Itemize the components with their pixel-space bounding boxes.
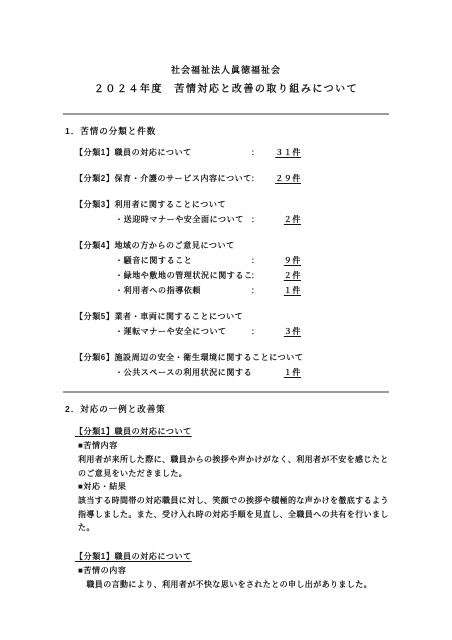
category-row-label: ・公共スペースの利用状況に関するもの： bbox=[75, 365, 251, 380]
category-sub-row: ・緑地や敷地の管理状況に関すること：２件 bbox=[75, 268, 389, 283]
org-name: 社会福祉法人眞徳福祉会 bbox=[63, 64, 389, 76]
category-row-label: ・緑地や敷地の管理状況に関すること bbox=[75, 268, 251, 283]
category-count: ２９件 bbox=[265, 171, 301, 186]
category-row-colon: ： bbox=[251, 324, 265, 339]
category-count: ２件 bbox=[265, 268, 301, 283]
category-count: １件 bbox=[265, 365, 301, 380]
category-row-label: ・騒音に関すること bbox=[75, 253, 251, 268]
document-page: 社会福祉法人眞徳福祉会 ２０２４年度 苦情対応と改善の取り組みについて 1．苦情… bbox=[0, 0, 452, 640]
category-row-colon: ： bbox=[251, 268, 265, 283]
response-block-heading: 【分類1】職員の対応について bbox=[75, 424, 389, 439]
category-row: 【分類2】保育・介護のサービス内容について：２９件 bbox=[75, 171, 389, 186]
category-group: 【分類4】地域の方からのご意見について・騒音に関すること：９件・緑地や敷地の管理… bbox=[75, 238, 389, 298]
category-sub-row: ・騒音に関すること：９件 bbox=[75, 253, 389, 268]
section1-heading: 1．苦情の分類と件数 bbox=[65, 124, 389, 138]
category-row-colon: ： bbox=[251, 212, 265, 227]
category-sub-row: ・運転マナーや安全について：３件 bbox=[75, 324, 389, 339]
section2-heading: 2．対応の一例と改善策 bbox=[65, 402, 389, 416]
response-block-list: 【分類1】職員の対応について■苦情内容利用者が来所した際に、職員からの挨拶や声か… bbox=[63, 424, 389, 591]
entry-label: ■対応・結果 bbox=[75, 480, 389, 494]
category-row-colon: ： bbox=[251, 171, 265, 186]
response-block-heading: 【分類1】職員の対応について bbox=[75, 549, 389, 564]
category-count: ９件 bbox=[265, 253, 301, 268]
category-sub-row: ・公共スペースの利用状況に関するもの：１件 bbox=[75, 365, 389, 380]
category-group: 【分類3】利用者に関することについて・送迎時マナーや安全面について：２件 bbox=[75, 197, 389, 227]
entry-label: ■苦情内容 bbox=[75, 439, 389, 453]
category-label: 【分類6】施設周辺の安全・衛生環境に関することについて bbox=[75, 350, 389, 365]
response-block: 【分類1】職員の対応について■苦情内容利用者が来所した際に、職員からの挨拶や声か… bbox=[75, 424, 389, 535]
category-row: 【分類1】職員の対応について：３１件 bbox=[75, 145, 389, 160]
divider-middle bbox=[63, 391, 389, 393]
doc-title: ２０２４年度 苦情対応と改善の取り組みについて bbox=[63, 81, 389, 99]
category-sub-row: ・送迎時マナーや安全面について：２件 bbox=[75, 212, 389, 227]
category-group: 【分類5】業者・車両に関することについて・運転マナーや安全について：３件 bbox=[75, 309, 389, 339]
category-row-colon: ： bbox=[251, 283, 265, 298]
section-classification: 1．苦情の分類と件数 【分類1】職員の対応について：３１件【分類2】保育・介護の… bbox=[63, 124, 389, 380]
category-row-label: 【分類1】職員の対応について bbox=[75, 145, 251, 160]
entry-body: 該当する時間帯の対応職員に対し、笑顔での挨拶や積極的な声かけを徹底するよう指導し… bbox=[75, 494, 389, 535]
category-label: 【分類5】業者・車両に関することについて bbox=[75, 309, 389, 324]
document-header: 社会福祉法人眞徳福祉会 ２０２４年度 苦情対応と改善の取り組みについて bbox=[63, 64, 389, 99]
category-label: 【分類4】地域の方からのご意見について bbox=[75, 238, 389, 253]
category-count: ２件 bbox=[265, 212, 301, 227]
category-row-colon: ： bbox=[251, 253, 265, 268]
category-row-colon: ： bbox=[251, 145, 265, 160]
divider-top bbox=[63, 113, 389, 115]
category-list: 【分類1】職員の対応について：３１件【分類2】保育・介護のサービス内容について：… bbox=[63, 145, 389, 380]
category-sub-row: ・利用者への指導依頼：１件 bbox=[75, 283, 389, 298]
category-count: ３件 bbox=[265, 324, 301, 339]
entry-label: ■苦情の内容 bbox=[75, 564, 389, 578]
category-group: 【分類1】職員の対応について：３１件 bbox=[75, 145, 389, 160]
category-row-label: ・送迎時マナーや安全面について bbox=[75, 212, 251, 227]
section-responses: 2．対応の一例と改善策 【分類1】職員の対応について■苦情内容利用者が来所した際… bbox=[63, 402, 389, 591]
category-row-label: ・運転マナーや安全について bbox=[75, 324, 251, 339]
category-count: １件 bbox=[265, 283, 301, 298]
entry-body: 職員の言動により、利用者が不快な思いをされたとの申し出がありました。 bbox=[75, 578, 389, 592]
entry-body: 利用者が来所した際に、職員からの挨拶や声かけがなく、利用者が不安を感じたとのご意… bbox=[75, 453, 389, 480]
category-group: 【分類6】施設周辺の安全・衛生環境に関することについて・公共スペースの利用状況に… bbox=[75, 350, 389, 380]
response-block: 【分類1】職員の対応について■苦情の内容 職員の言動により、利用者が不快な思いを… bbox=[75, 549, 389, 592]
category-count: ３１件 bbox=[265, 145, 301, 160]
category-row-label: 【分類2】保育・介護のサービス内容について bbox=[75, 171, 251, 186]
category-label: 【分類3】利用者に関することについて bbox=[75, 197, 389, 212]
category-row-label: ・利用者への指導依頼 bbox=[75, 283, 251, 298]
category-group: 【分類2】保育・介護のサービス内容について：２９件 bbox=[75, 171, 389, 186]
